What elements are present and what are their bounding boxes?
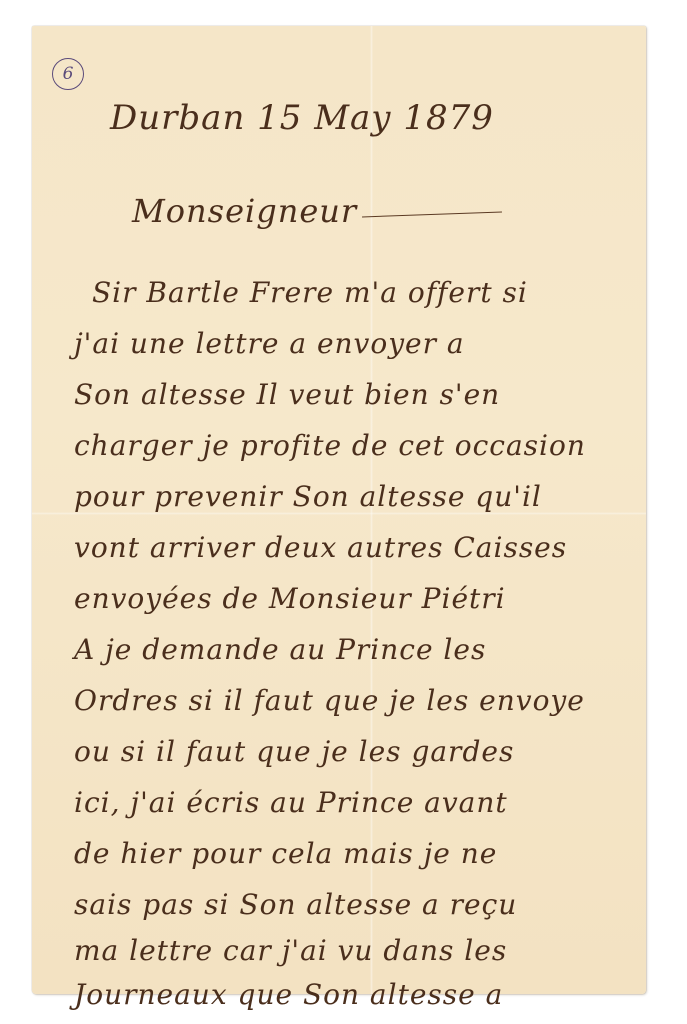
body-line: pour prevenir Son altesse qu'il bbox=[74, 480, 542, 513]
circled-page-number: 6 bbox=[52, 58, 84, 90]
body-line: ou si il faut que je les gardes bbox=[74, 735, 514, 768]
body-line: ici, j'ai écris au Prince avant bbox=[74, 786, 508, 819]
body-line: envoyées de Monsieur Piétri bbox=[74, 582, 506, 615]
body-line: de hier pour cela mais je ne bbox=[74, 837, 497, 870]
body-line: sais pas si Son altesse a reçu bbox=[74, 888, 517, 921]
page-number-text: 6 bbox=[63, 64, 74, 84]
body-line: Journeaux que Son altesse a bbox=[74, 978, 503, 1011]
dateline: Durban 15 May 1879 bbox=[110, 98, 494, 138]
body-line: A je demande au Prince les bbox=[74, 633, 486, 666]
body-line: ma lettre car j'ai vu dans les bbox=[74, 934, 507, 967]
body-line: Ordres si il faut que je les envoye bbox=[74, 684, 585, 717]
body-line: Sir Bartle Frere m'a offert si bbox=[92, 276, 528, 309]
letter-sheet: 6 Durban 15 May 1879 Monseigneur Sir Bar… bbox=[32, 26, 646, 994]
body-line: charger je profite de cet occasion bbox=[74, 429, 586, 462]
body-line: Son altesse Il veut bien s'en bbox=[74, 378, 500, 411]
body-line: j'ai une lettre a envoyer a bbox=[74, 327, 465, 360]
salutation: Monseigneur bbox=[132, 192, 357, 230]
body-line: vont arriver deux autres Caisses bbox=[74, 531, 567, 564]
salutation-flourish bbox=[362, 212, 502, 218]
